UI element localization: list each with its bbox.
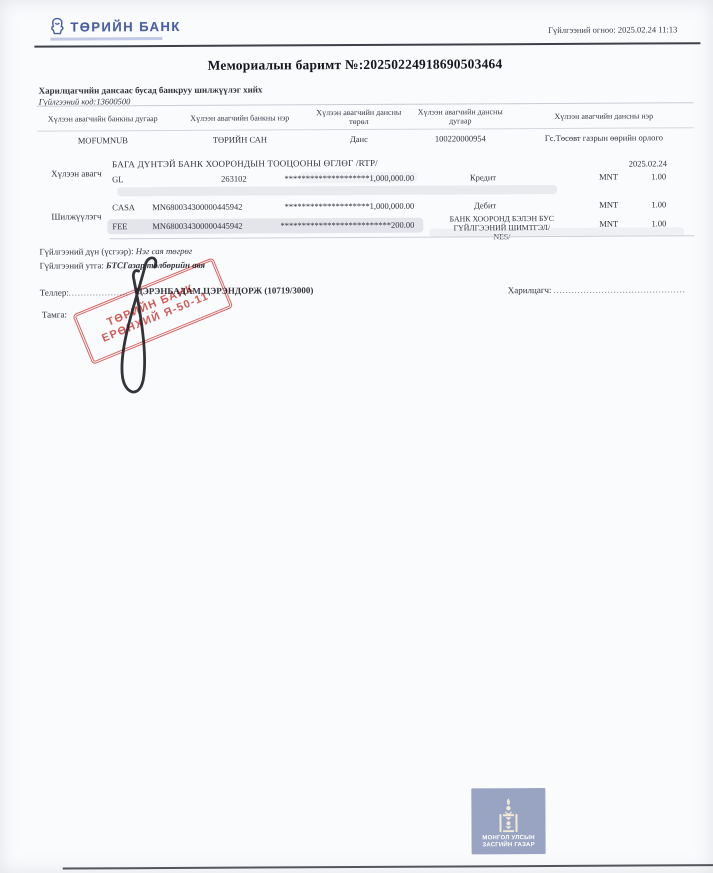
- customer-dotted-line: ........................................…: [554, 285, 686, 295]
- transaction-date: Гүйлгээний огноо: 2025.02.24 11:13: [548, 25, 677, 35]
- customer-line: Харилцагч: .............................…: [508, 284, 686, 295]
- sender-row1-currency: MNT: [599, 201, 618, 211]
- recipient-description: БАГА ДҮНТЭЙ БАНК ХООРОНДЫН ТООЦООНЫ ӨГЛӨ…: [112, 158, 378, 170]
- recipient-account-type: GL: [112, 175, 123, 185]
- recipient-amount: ********************1,000,000.00: [284, 174, 414, 184]
- value-bank-number: MOFUMNUB: [37, 131, 169, 153]
- bank-name: ТӨРИЙН БАНК: [70, 20, 181, 36]
- scan-smudge: [117, 185, 557, 196]
- sender-row1-amount: ********************1,000,000.00: [285, 202, 415, 212]
- sender-row1-rate: 1.00: [651, 200, 666, 210]
- sender-row2-rate: 1.00: [651, 219, 666, 229]
- bank-tagline: [50, 37, 162, 41]
- recipient-label: Хүлээн авагч: [51, 168, 102, 179]
- value-bank-name: ТӨРИЙН САН: [169, 130, 311, 152]
- header-divider: [34, 42, 700, 47]
- scan-edge-line: [63, 864, 713, 869]
- fee-description-line2: ГҮЙЛГЭЭНИЙ ШИМТГЭЛ/ NES/: [454, 223, 551, 241]
- col-header-account-number: Хүлээн авагчийн дансны дугаар: [407, 104, 514, 129]
- recipient-rate: 1.00: [651, 172, 666, 182]
- table-header-row: Хүлээн авагчийн банкны дугаар Хүлээн ава…: [37, 103, 694, 131]
- document-content: ТӨРИЙН БАНК Гүйлгээний огноо: 2025.02.24…: [0, 0, 713, 873]
- sender-row2-currency: MNT: [599, 220, 618, 230]
- value-account-number: 100220000954: [407, 129, 514, 151]
- sender-row1-type: CASA: [112, 203, 135, 213]
- recipient-drcr: Кредит: [470, 173, 496, 183]
- transaction-purpose-label: Гүйлгээний утга:: [40, 260, 107, 270]
- recipient-currency: MNT: [599, 173, 618, 183]
- stamp-label: Тамга:: [42, 310, 67, 320]
- bank-logo-icon: [48, 18, 66, 36]
- handwritten-signature: [99, 253, 190, 408]
- watermark-text-line2: ЗАСГИЙН ГАЗАР: [482, 842, 534, 849]
- document-title: Мемориалын баримт №:20250224918690503464: [0, 55, 712, 74]
- recipient-gl-account: 263102: [221, 175, 247, 185]
- value-account-name: Гс.Төсөвт газрын өөрийн орлого: [514, 128, 694, 150]
- section-heading: Харилцагчийн дансаас бусад банкруу шилжү…: [39, 84, 263, 96]
- col-header-bank-name: Хүлээн авагчийн банкны нэр: [169, 105, 311, 130]
- customer-label: Харилцагч:: [508, 285, 554, 295]
- sender-row1-drcr: Дебит: [474, 201, 496, 211]
- sender-label: Шилжүүлэгч: [51, 211, 101, 222]
- teller-label: Теллер:: [40, 288, 69, 298]
- government-watermark: МОНГОЛ УЛСЫН ЗАСГИЙН ГАЗАР: [471, 788, 545, 854]
- col-header-account-name: Хүлээн авагчийн дансны нэр: [514, 103, 694, 128]
- scanned-document-page: ТӨРИЙН БАНК Гүйлгээний огноо: 2025.02.24…: [0, 0, 713, 873]
- sender-row2-type: FEE: [112, 222, 127, 232]
- sender-row1-account: MN680034300000445942: [152, 203, 242, 213]
- sender-row2-account: MN680034300000445942: [152, 222, 242, 232]
- recipient-date: 2025.02.24: [629, 159, 667, 169]
- value-account-type: Данс: [311, 130, 407, 152]
- soyombo-emblem-icon: [497, 798, 519, 832]
- section-divider: [109, 235, 694, 239]
- sender-row2-amount: **************************200.00: [280, 221, 414, 231]
- col-header-account-type: Хүлээн авагчийн дансны төрөл: [311, 105, 407, 130]
- col-header-bank-number: Хүлээн авагчийн банкны дугаар: [37, 106, 169, 131]
- recipient-bank-table: Хүлээн авагчийн банкны дугаар Хүлээн ава…: [37, 102, 694, 152]
- table-value-row: MOFUMNUB ТӨРИЙН САН Данс 100220000954 Гс…: [37, 128, 694, 152]
